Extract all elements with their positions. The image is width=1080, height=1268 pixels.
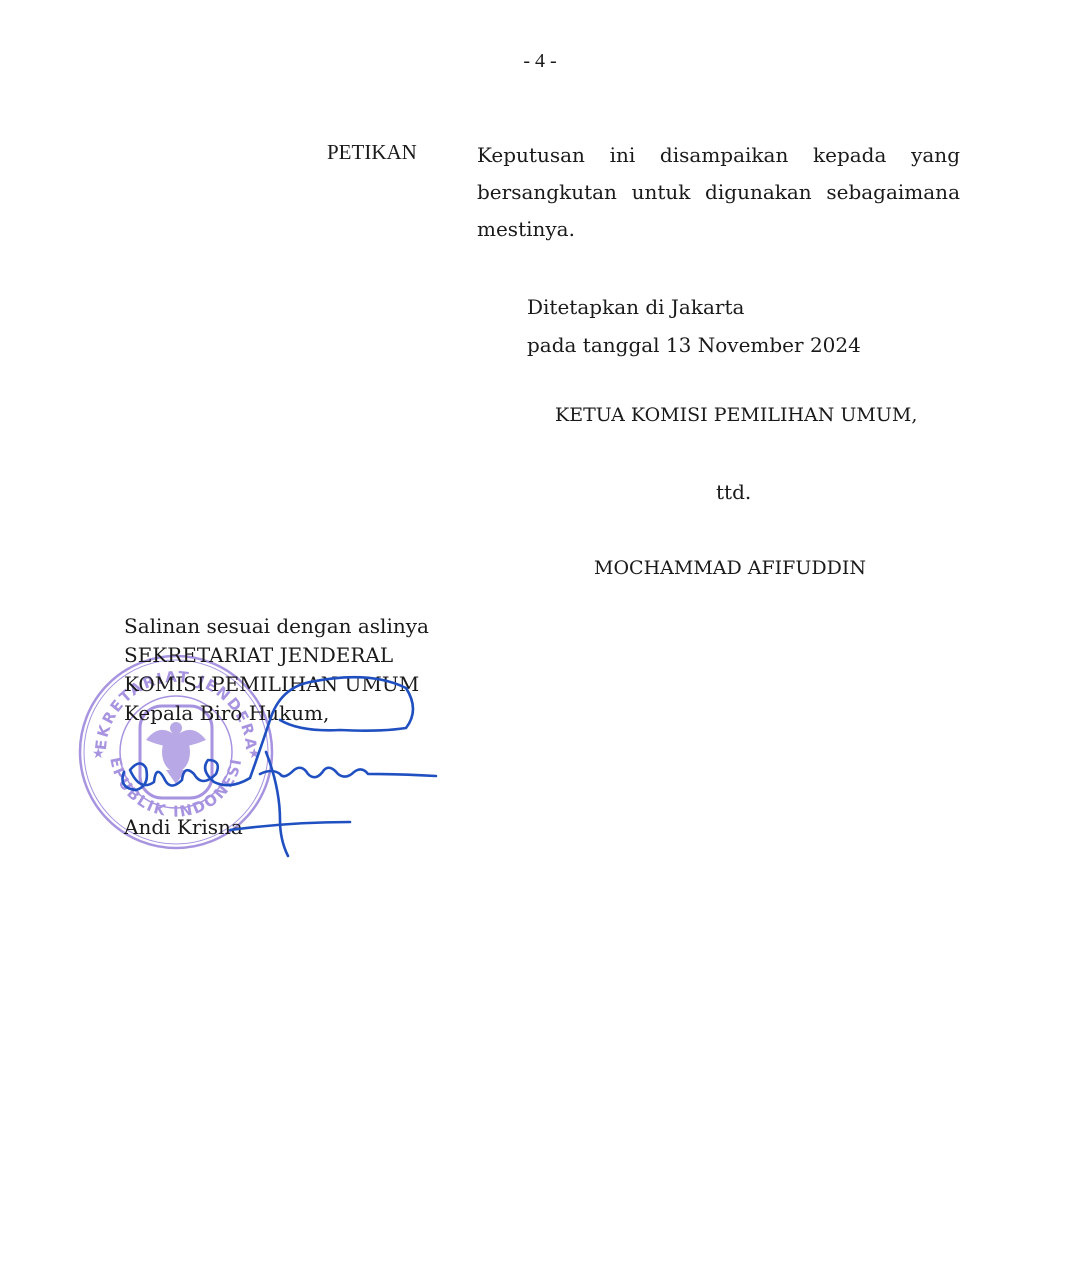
- enactment-place: Ditetapkan di Jakarta: [527, 288, 861, 326]
- petikan-line: mestinya.: [477, 211, 960, 248]
- signature-icon: [110, 640, 450, 870]
- signatory-name: MOCHAMMAD AFIFUDDIN: [594, 557, 866, 579]
- petikan-body: Keputusan ini disampaikan kepada yang be…: [477, 137, 960, 248]
- enactment-block: Ditetapkan di Jakarta pada tanggal 13 No…: [527, 288, 861, 364]
- petikan-line: bersangkutan untuk digunakan sebagaimana: [477, 174, 960, 211]
- svg-text:★: ★: [92, 746, 105, 762]
- signed-mark: ttd.: [716, 480, 751, 504]
- enactment-date: pada tanggal 13 November 2024: [527, 326, 861, 364]
- petikan-label: PETIKAN: [327, 140, 417, 165]
- petikan-line: Keputusan ini disampaikan kepada yang: [477, 137, 960, 174]
- page-number: - 4 -: [0, 50, 1080, 73]
- signatory-office: KETUA KOMISI PEMILIHAN UMUM,: [555, 404, 917, 426]
- certified-copy-line: Salinan sesuai dengan aslinya: [124, 612, 429, 641]
